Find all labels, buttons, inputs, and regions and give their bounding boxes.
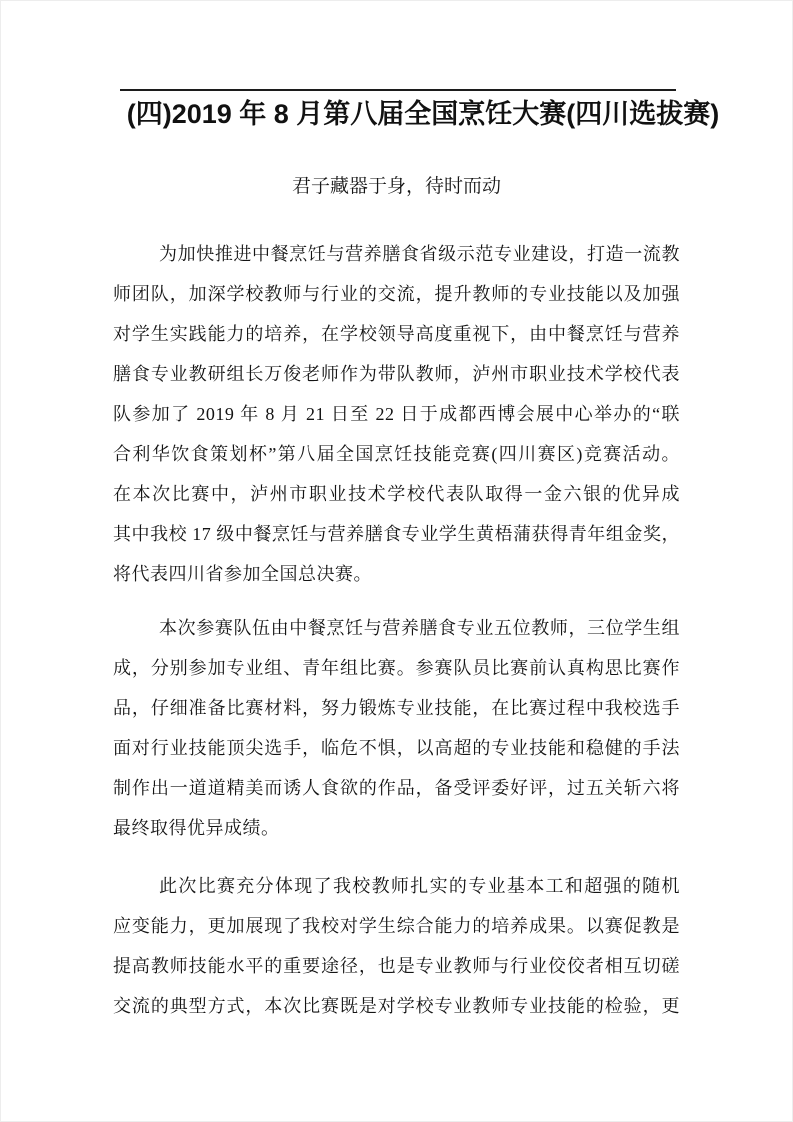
text-line: 最终取得优异成绩。 — [113, 808, 680, 848]
text-line: 在本次比赛中，泸州市职业技术学校代表队取得一金六银的优异成绩， — [113, 474, 680, 514]
text-line: 提高教师技能水平的重要途径，也是专业教师与行业佼佼者相互切磋 — [113, 946, 680, 986]
text-line: 将代表四川省参加全国总决赛。 — [113, 554, 680, 594]
text-line: 品，仔细准备比赛材料，努力锻炼专业技能，在比赛过程中我校选手 — [113, 688, 680, 728]
text-line: 成，分别参加专业组、青年组比赛。参赛队员比赛前认真构思比赛作 — [113, 648, 680, 688]
document-body: 为加快推进中餐烹饪与营养膳食省级示范专业建设，打造一流教师团队，加深学校教师与行… — [113, 0, 680, 1122]
paragraph: 为加快推进中餐烹饪与营养膳食省级示范专业建设，打造一流教师团队，加深学校教师与行… — [113, 234, 680, 594]
document-page: (四)2019 年 8 月第八届全国烹饪大赛(四川选拔赛) 君子藏器于身，待时而… — [0, 0, 793, 1122]
text-line: 师团队，加深学校教师与行业的交流，提升教师的专业技能以及加强 — [113, 274, 680, 314]
text-line: 面对行业技能顶尖选手，临危不惧，以高超的专业技能和稳健的手法 — [113, 728, 680, 768]
paragraph: 此次比赛充分体现了我校教师扎实的专业基本工和超强的随机应变能力，更加展现了我校对… — [113, 866, 680, 1026]
text-line: 队参加了 2019 年 8 月 21 日至 22 日于成都西博会展中心举办的“联 — [113, 394, 680, 434]
text-line: 制作出一道道精美而诱人食欲的作品，备受评委好评，过五关斩六将 — [113, 768, 680, 808]
text-line: 为加快推进中餐烹饪与营养膳食省级示范专业建设，打造一流教 — [113, 234, 680, 274]
text-line: 膳食专业教研组长万俊老师作为带队教师，泸州市职业技术学校代表 — [113, 354, 680, 394]
text-line: 交流的典型方式，本次比赛既是对学校专业教师专业技能的检验，更 — [113, 986, 680, 1026]
text-line: 合利华饮食策划杯”第八届全国烹饪技能竞赛(四川赛区)竞赛活动。 — [113, 434, 680, 474]
text-line: 其中我校 17 级中餐烹饪与营养膳食专业学生黄梧蒲获得青年组金奖， — [113, 514, 680, 554]
paragraph: 本次参赛队伍由中餐烹饪与营养膳食专业五位教师，三位学生组成，分别参加专业组、青年… — [113, 608, 680, 848]
text-line: 此次比赛充分体现了我校教师扎实的专业基本工和超强的随机 — [113, 866, 680, 906]
text-line: 本次参赛队伍由中餐烹饪与营养膳食专业五位教师，三位学生组 — [113, 608, 680, 648]
text-line: 应变能力，更加展现了我校对学生综合能力的培养成果。以赛促教是 — [113, 906, 680, 946]
text-line: 对学生实践能力的培养，在学校领导高度重视下，由中餐烹饪与营养 — [113, 314, 680, 354]
